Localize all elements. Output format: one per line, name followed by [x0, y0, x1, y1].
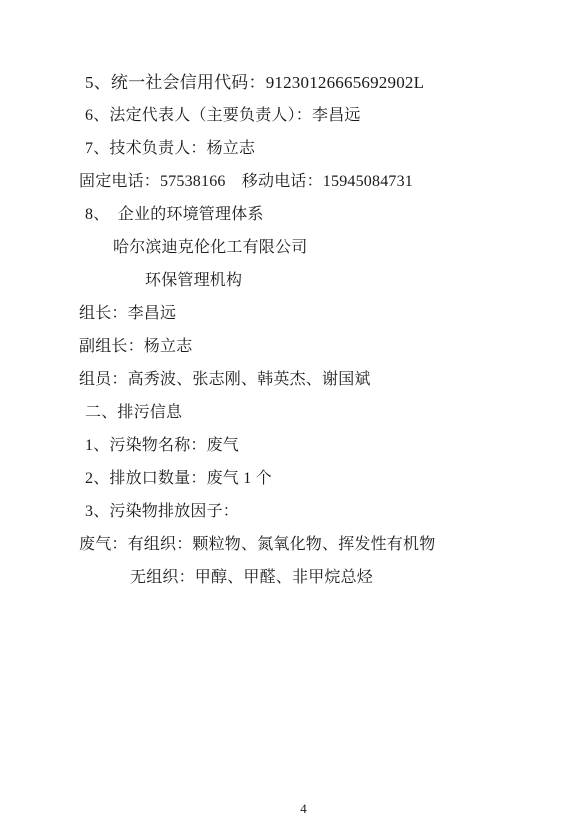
page-footer: 4 [0, 801, 585, 817]
line-section-discharge-info: 二、排污信息 [79, 396, 555, 429]
line-technical-director: 7、技术负责人：杨立志 [79, 132, 555, 165]
line-emission-factors: 3、污染物排放因子： [79, 495, 555, 528]
line-group-leader: 组长：李昌远 [79, 297, 555, 330]
document-body: 5、统一社会信用代码：91230126665692902L6、法定代表人（主要负… [79, 66, 555, 594]
line-credit-code: 5、统一社会信用代码：91230126665692902L [79, 66, 555, 99]
document-page: 5、统一社会信用代码：91230126665692902L6、法定代表人（主要负… [0, 0, 585, 832]
line-env-management-system: 8、 企业的环境管理体系 [79, 198, 555, 231]
line-unorganized-emissions: 无组织：甲醇、甲醛、非甲烷总烃 [79, 561, 555, 594]
line-deputy-group-leader: 副组长：杨立志 [79, 330, 555, 363]
line-outlet-count: 2、排放口数量：废气 1 个 [79, 462, 555, 495]
line-company-name: 哈尔滨迪克伦化工有限公司 [79, 231, 555, 264]
line-env-management-org: 环保管理机构 [79, 264, 555, 297]
line-pollutant-name: 1、污染物名称：废气 [79, 429, 555, 462]
line-organized-emissions: 废气：有组织：颗粒物、氮氧化物、挥发性有机物 [79, 528, 555, 561]
line-phones: 固定电话：57538166 移动电话：15945084731 [79, 165, 555, 198]
line-group-members: 组员：高秀波、张志刚、韩英杰、谢国斌 [79, 363, 555, 396]
line-legal-representative: 6、法定代表人（主要负责人）：李昌远 [79, 99, 555, 132]
page-number: 4 [300, 801, 307, 816]
